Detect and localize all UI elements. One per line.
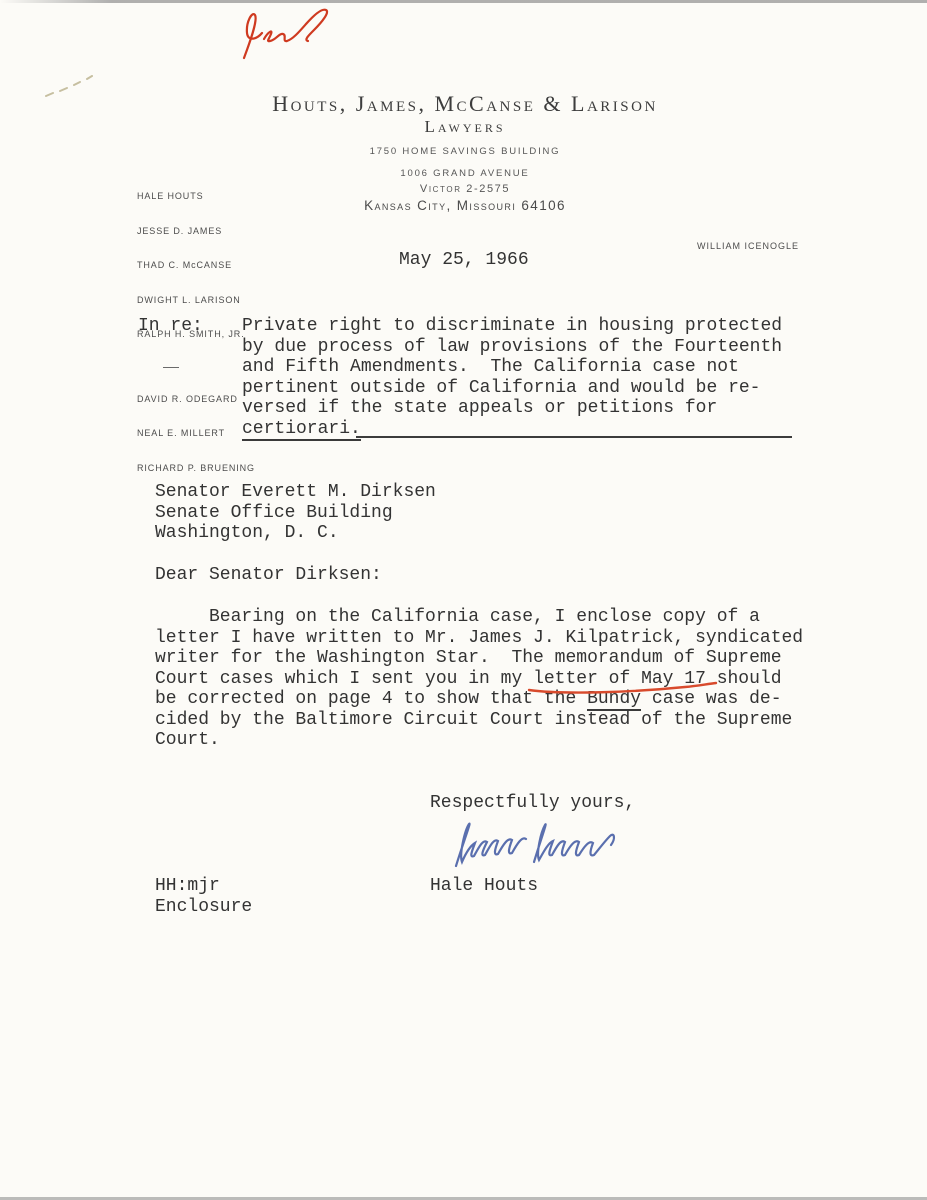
body-line: Court.	[155, 730, 220, 750]
attorney-name: DWIGHT L. LARISON	[137, 295, 267, 307]
phone-line: Victor 2-2575	[230, 182, 700, 197]
body-line: Bearing on the California case, I enclos…	[155, 607, 760, 627]
attorney-name: THAD C. McCANSE	[137, 260, 267, 272]
attorney-name: HALE HOUTS	[137, 191, 267, 203]
recipient-line: Washington, D. C.	[155, 523, 339, 543]
subject-label: In re:	[138, 316, 203, 336]
certiorari-underlined-text: certiorari.	[242, 419, 361, 441]
pencil-marks	[40, 66, 110, 102]
address-line-2: 1006 GRAND AVENUE	[230, 165, 700, 182]
body-segment: be corrected on page 4 to show that the	[155, 689, 587, 709]
subject-line-underlined: certiorari.	[242, 419, 361, 439]
body-line: letter I have written to Mr. James J. Ki…	[155, 628, 803, 648]
red-annotation-handwriting	[222, 6, 352, 64]
letter-date: May 25, 1966	[399, 250, 529, 270]
typed-signature-name: Hale Houts	[430, 876, 538, 896]
subject-line: versed if the state appeals or petitions…	[242, 398, 717, 418]
attorney-name: RICHARD P. BRUENING	[137, 463, 267, 475]
body-line: writer for the Washington Star. The memo…	[155, 648, 782, 668]
body-line: cided by the Baltimore Circuit Court ins…	[155, 710, 792, 730]
attorney-name: JESSE D. JAMES	[137, 226, 267, 238]
attorney-right: WILLIAM ICENOGLE	[697, 241, 799, 251]
letterhead: Houts, James, McCanse & Larison Lawyers …	[230, 92, 700, 214]
firm-descriptor: Lawyers	[230, 116, 700, 138]
subject-line: by due process of law provisions of the …	[242, 337, 782, 357]
scanned-letter-page: Houts, James, McCanse & Larison Lawyers …	[0, 0, 927, 1200]
subject-line: and Fifth Amendments. The California cas…	[242, 357, 739, 377]
salutation: Dear Senator Dirksen:	[155, 565, 382, 585]
firm-name: Houts, James, McCanse & Larison	[230, 92, 700, 116]
recipient-line: Senator Everett M. Dirksen	[155, 482, 436, 502]
city-line: Kansas City, Missouri 64106	[230, 198, 700, 214]
scan-edge-top	[0, 0, 927, 3]
enclosure-note: Enclosure	[155, 897, 252, 917]
red-underline-mark	[525, 680, 721, 696]
reference-initials: HH:mjr	[155, 876, 220, 896]
subject-line: Private right to discriminate in housing…	[242, 316, 782, 336]
signature-handwriting	[448, 810, 623, 872]
subject-underline-rule	[356, 436, 792, 438]
recipient-line: Senate Office Building	[155, 503, 393, 523]
attorney-list-divider	[163, 367, 179, 368]
body-segment: Court cases which I sent you in my	[155, 669, 533, 689]
address-line-1: 1750 HOME SAVINGS BUILDING	[230, 143, 700, 160]
subject-line: pertinent outside of California and woul…	[242, 378, 760, 398]
